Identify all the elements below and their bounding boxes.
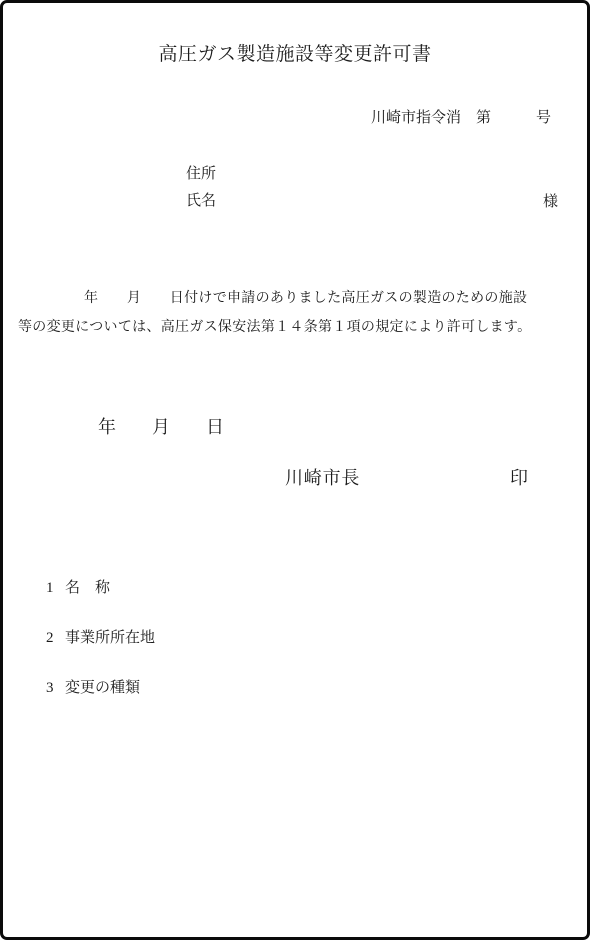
body-paragraph: 年 月 日付けで申請のありました高圧ガスの製造のための施設 等の変更については、…	[18, 284, 580, 342]
permit-document: 高圧ガス製造施設等変更許可書 川崎市指令消 第 号 住所 氏名 様 年 月 日付…	[0, 0, 590, 940]
recipient-address-label: 住所	[186, 162, 216, 183]
issue-date-line: 年 月 日	[98, 413, 224, 439]
seal-mark: 印	[510, 464, 528, 490]
item-label: 名 称	[65, 580, 110, 596]
body-line-2: 等の変更については、高圧ガス保安法第１４条第１項の規定により許可します。	[18, 313, 580, 342]
list-item-change-type: 3変更の種類	[31, 659, 140, 714]
item-label: 変更の種類	[65, 680, 140, 696]
recipient-name-label: 氏名	[186, 189, 216, 210]
list-item-name: 1名 称	[31, 559, 110, 614]
list-item-office-location: 2事業所所在地	[31, 609, 155, 664]
item-label: 事業所所在地	[65, 630, 155, 646]
recipient-honorific: 様	[543, 190, 558, 211]
page-title: 高圧ガス製造施設等変更許可書	[3, 39, 587, 66]
item-number: 2	[46, 630, 65, 647]
item-number: 3	[46, 680, 65, 697]
item-number: 1	[46, 580, 65, 597]
document-number-line: 川崎市指令消 第 号	[371, 106, 551, 127]
body-line-1: 年 月 日付けで申請のありました高圧ガスの製造のための施設	[18, 284, 580, 313]
issuer-name: 川崎市長	[285, 464, 360, 490]
